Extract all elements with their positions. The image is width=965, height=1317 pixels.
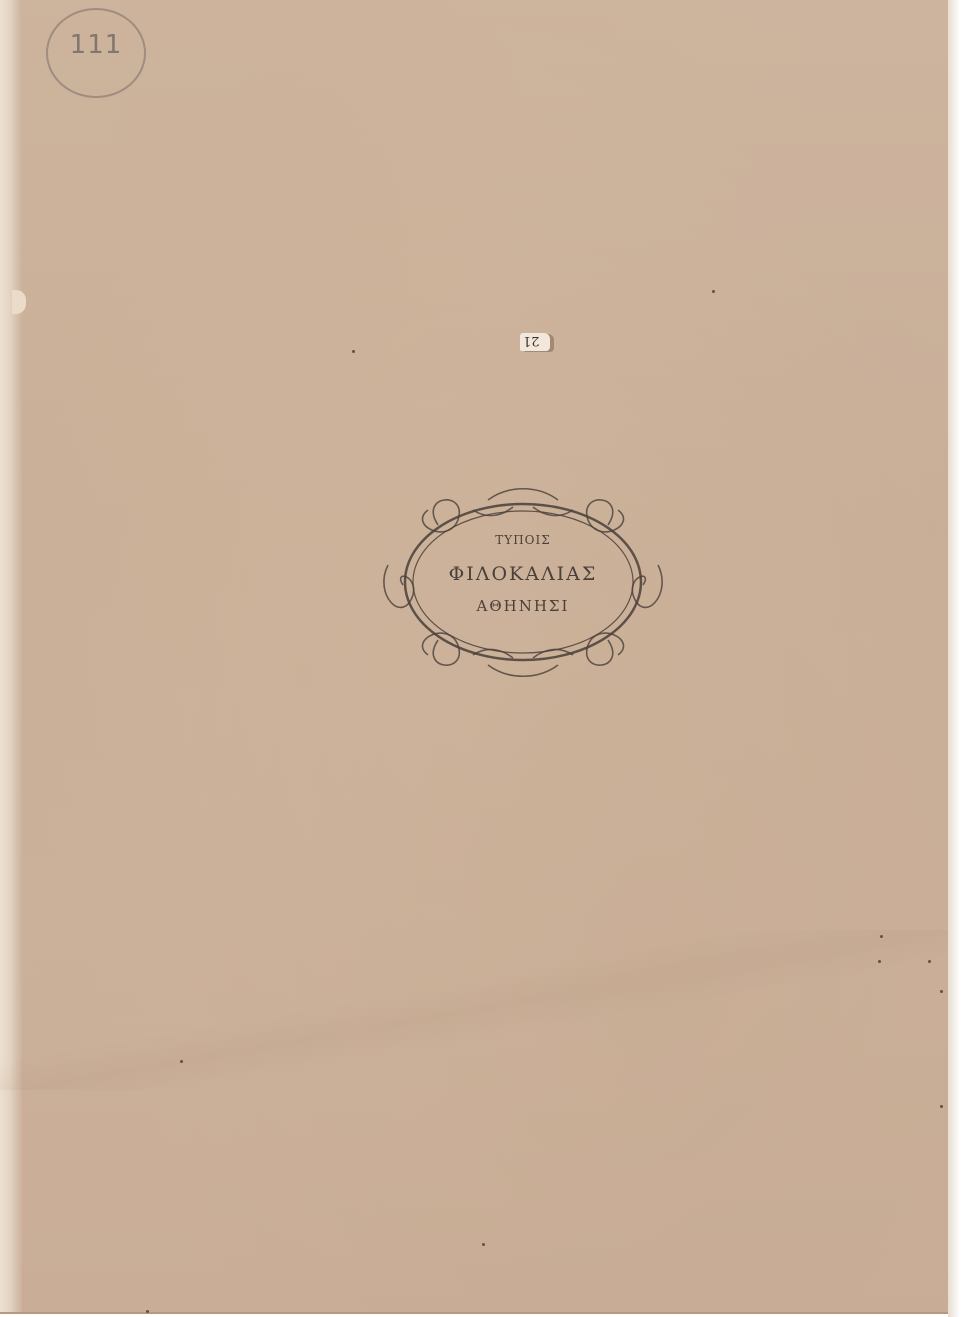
torn-label: 21 xyxy=(520,333,550,351)
stamp-line-philokalias: ΦΙΛΟΚΑΛΙΑΣ xyxy=(378,563,668,585)
foxing-spot xyxy=(878,960,881,963)
spine-edge xyxy=(0,0,22,1312)
stamp-line-athenesi: ΑΘΗΝΗΣΙ xyxy=(378,597,668,615)
foxing-spot xyxy=(880,935,883,938)
spine-tear xyxy=(12,290,26,314)
foxing-spot xyxy=(482,1243,485,1246)
foxing-spot xyxy=(712,290,715,293)
torn-label-text: 21 xyxy=(523,333,540,348)
cover-page: 111 21 ΤΥΠΟΙΣ xyxy=(0,0,948,1314)
foxing-spot xyxy=(146,1310,149,1313)
foxing-spot xyxy=(928,960,931,963)
catalog-number: 111 xyxy=(48,30,144,60)
foxing-spot xyxy=(940,1105,943,1108)
fold-crease xyxy=(0,930,948,1090)
foxing-spot xyxy=(352,350,355,353)
printer-stamp: ΤΥΠΟΙΣ ΦΙΛΟΚΑΛΙΑΣ ΑΘΗΝΗΣΙ xyxy=(378,485,668,680)
foxing-spot xyxy=(180,1060,183,1063)
scan-margin xyxy=(948,0,965,1317)
foxing-spot xyxy=(940,990,943,993)
catalog-number-mark: 111 xyxy=(46,8,146,98)
stamp-line-typois: ΤΥΠΟΙΣ xyxy=(378,533,668,547)
